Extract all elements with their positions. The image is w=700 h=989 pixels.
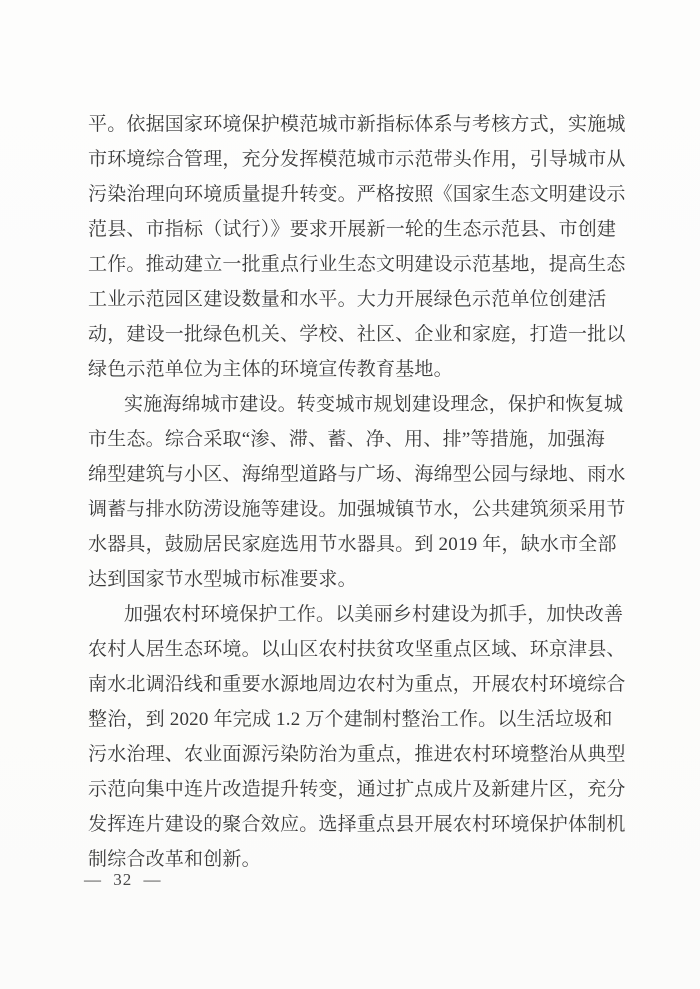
text-line: 农村人居生态环境。以山区农村扶贫攻坚重点区域、环京津县、: [88, 632, 605, 667]
text-line: 污水治理、农业面源污染防治为重点，推进农村环境整治从典型: [88, 737, 605, 772]
text-line: 绿色示范单位为主体的环境宣传教育基地。: [88, 352, 605, 387]
text-line: 示范向集中连片改造提升转变，通过扩点成片及新建片区，充分: [88, 772, 605, 807]
text-line: 水器具，鼓励居民家庭选用节水器具。到 2019 年，缺水市全部: [88, 527, 605, 562]
document-body: 平。依据国家环境保护模范城市新指标体系与考核方式，实施城市环境综合管理，充分发挥…: [88, 107, 605, 877]
text-line: 市环境综合管理，充分发挥模范城市示范带头作用，引导城市从: [88, 142, 605, 177]
text-line: 达到国家节水型城市标准要求。: [88, 562, 605, 597]
text-line: 平。依据国家环境保护模范城市新指标体系与考核方式，实施城: [88, 107, 605, 142]
paragraph: 平。依据国家环境保护模范城市新指标体系与考核方式，实施城市环境综合管理，充分发挥…: [88, 107, 605, 387]
text-line: 制综合改革和创新。: [88, 842, 605, 877]
text-line: 加强农村环境保护工作。以美丽乡村建设为抓手，加快改善: [88, 597, 605, 632]
text-line: 南水北调沿线和重要水源地周边农村为重点，开展农村环境综合: [88, 667, 605, 702]
page-footer: — 32 —: [84, 868, 162, 892]
paragraph: 加强农村环境保护工作。以美丽乡村建设为抓手，加快改善农村人居生态环境。以山区农村…: [88, 597, 605, 877]
text-line: 工业示范园区建设数量和水平。大力开展绿色示范单位创建活: [88, 282, 605, 317]
text-line: 动，建设一批绿色机关、学校、社区、企业和家庭，打造一批以: [88, 317, 605, 352]
text-line: 工作。推动建立一批重点行业生态文明建设示范基地，提高生态: [88, 247, 605, 282]
text-line: 调蓄与排水防涝设施等建设。加强城镇节水，公共建筑须采用节: [88, 492, 605, 527]
text-line: 范县、市指标（试行）》要求开展新一轮的生态示范县、市创建: [88, 212, 605, 247]
text-line: 污染治理向环境质量提升转变。严格按照《国家生态文明建设示: [88, 177, 605, 212]
paragraph: 实施海绵城市建设。转变城市规划建设理念，保护和恢复城市生态。综合采取“渗、滞、蓄…: [88, 387, 605, 597]
text-line: 实施海绵城市建设。转变城市规划建设理念，保护和恢复城: [88, 387, 605, 422]
text-line: 市生态。综合采取“渗、滞、蓄、净、用、排”等措施，加强海: [88, 422, 605, 457]
text-line: 发挥连片建设的聚合效应。选择重点县开展农村环境保护体制机: [88, 807, 605, 842]
text-line: 整治，到 2020 年完成 1.2 万个建制村整治工作。以生活垃圾和: [88, 702, 605, 737]
page-number: — 32 —: [84, 870, 162, 889]
text-line: 绵型建筑与小区、海绵型道路与广场、海绵型公园与绿地、雨水: [88, 457, 605, 492]
document-page: 平。依据国家环境保护模范城市新指标体系与考核方式，实施城市环境综合管理，充分发挥…: [0, 0, 700, 989]
